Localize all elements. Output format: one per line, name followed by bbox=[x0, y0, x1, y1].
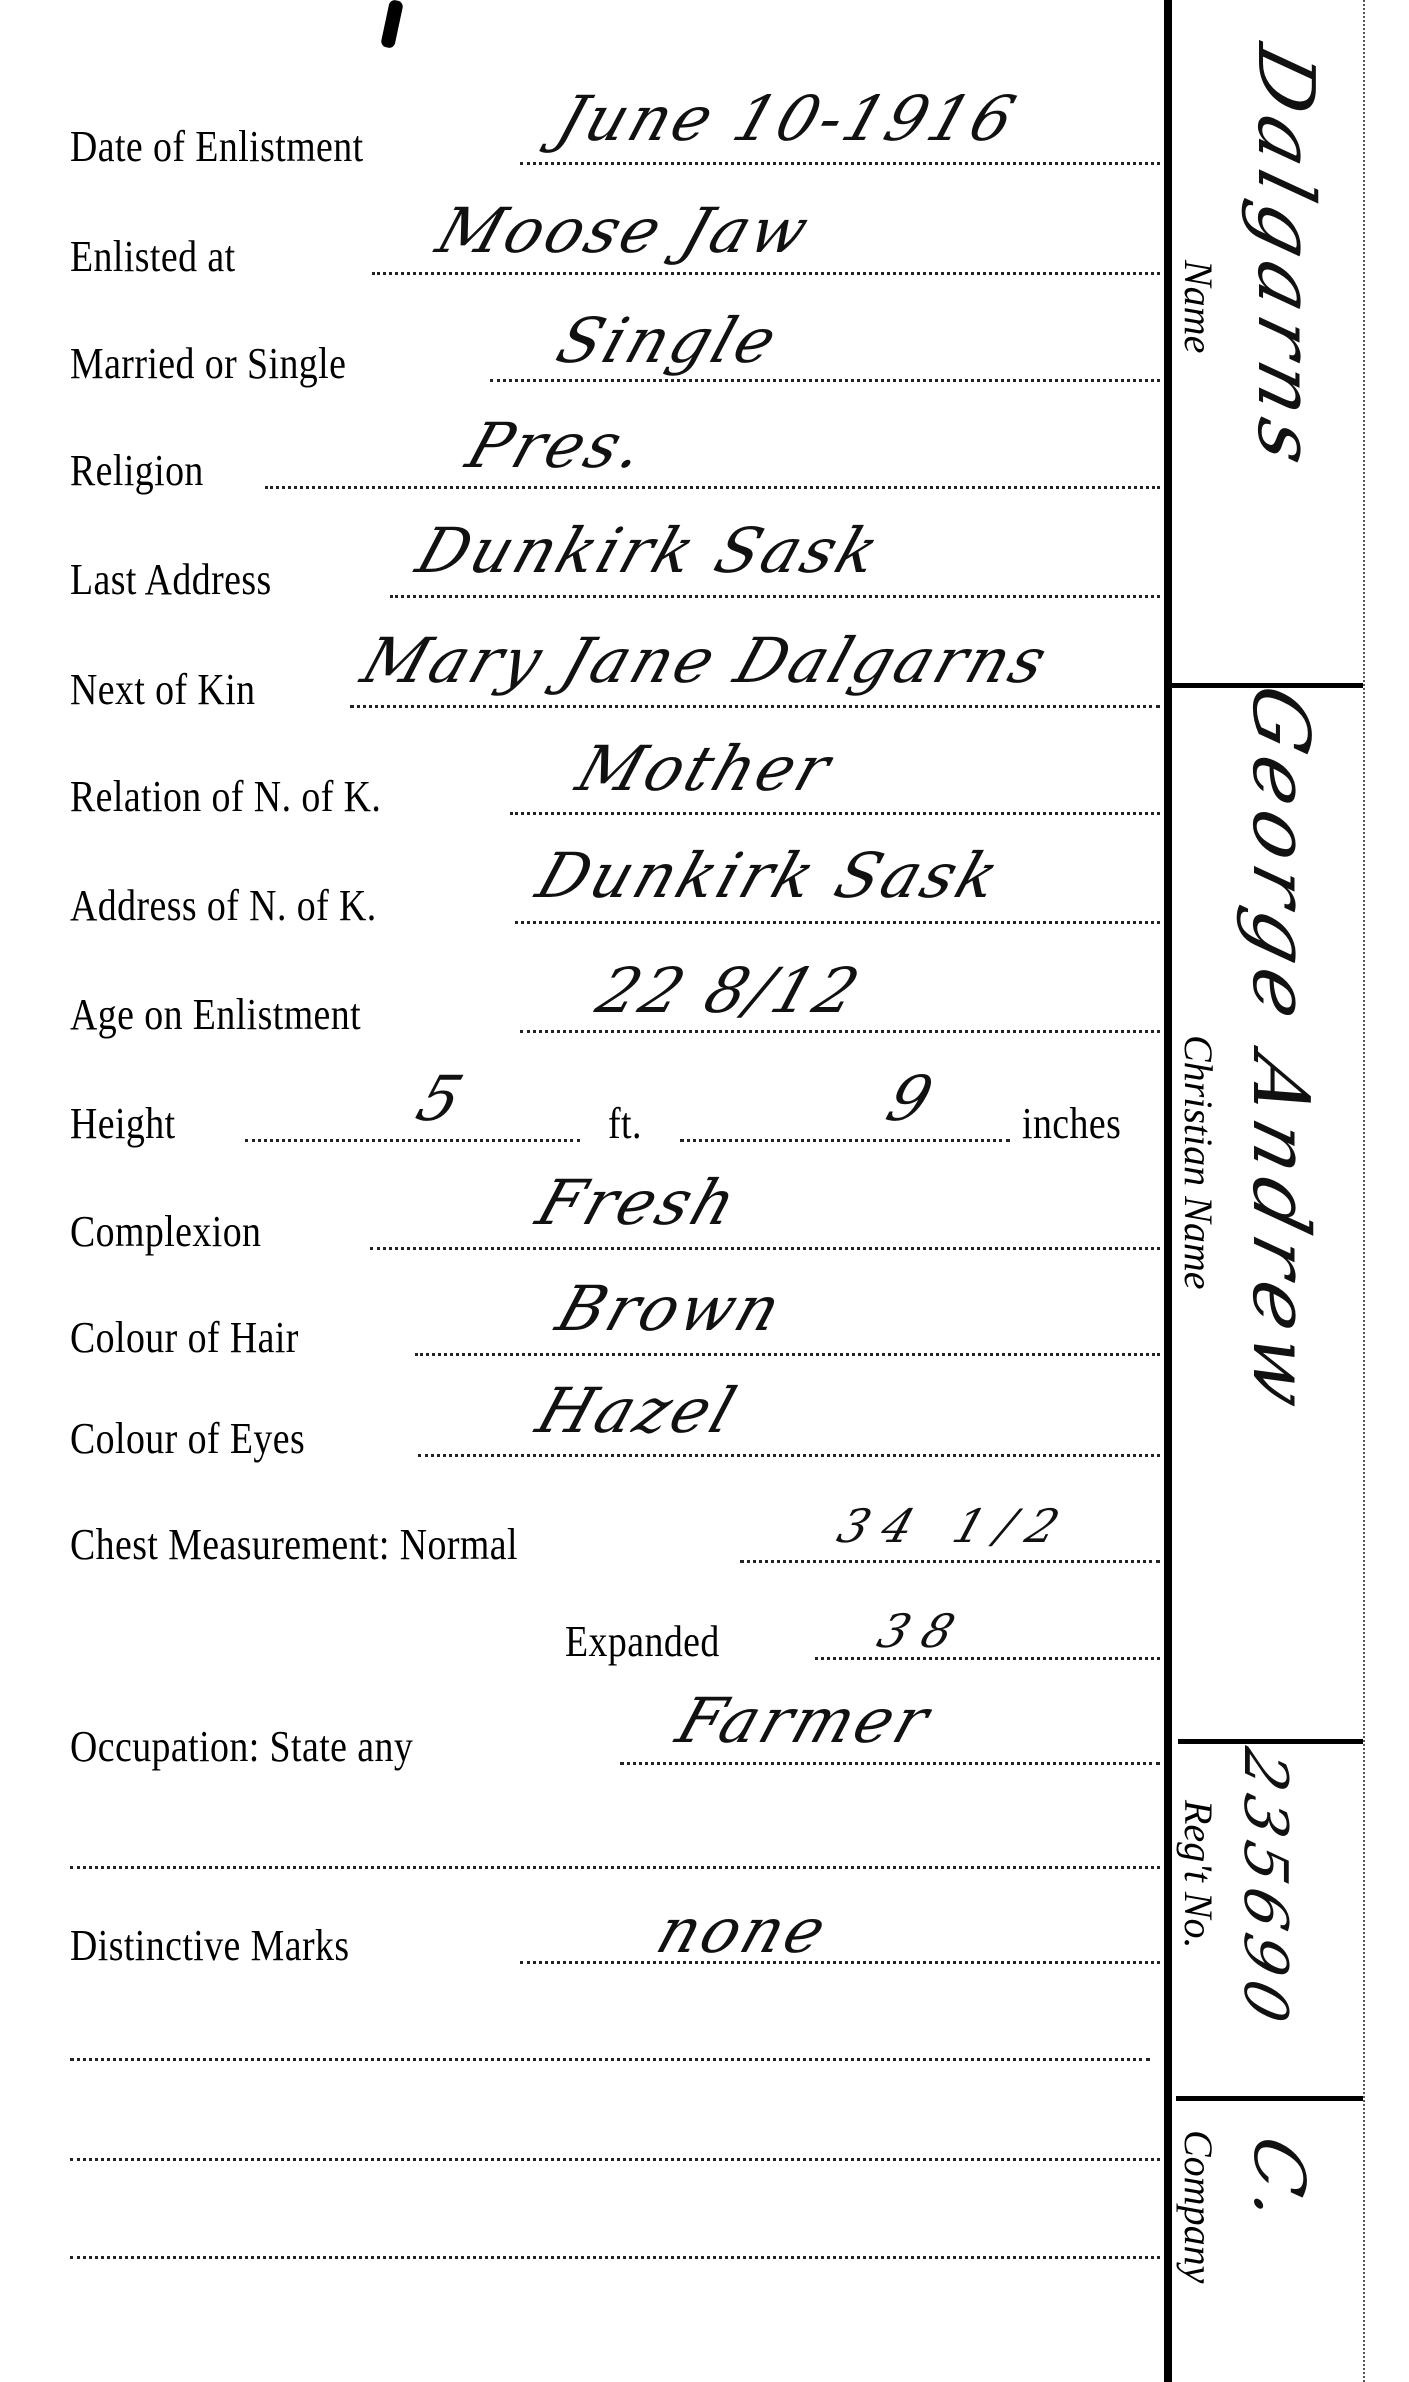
label-complexion: Complexion bbox=[70, 1210, 261, 1254]
label-age-on-enlistment: Age on Enlistment bbox=[70, 993, 361, 1037]
label-height: Height bbox=[70, 1102, 176, 1146]
feet-line bbox=[245, 1139, 580, 1142]
side-value-regt-no: 235690 bbox=[1230, 1741, 1300, 2037]
side-label-christian-name: Christian Name bbox=[1175, 1035, 1222, 1289]
label-ft: ft. bbox=[608, 1102, 642, 1146]
label-last-address: Last Address bbox=[70, 558, 272, 602]
value-next-of-kin: Mary Jane Dalgarns bbox=[355, 630, 1057, 692]
field-line bbox=[350, 705, 1160, 708]
inches-line bbox=[680, 1139, 1010, 1142]
label-chest-normal: Chest Measurement: Normal bbox=[70, 1523, 518, 1567]
blank-line bbox=[70, 1866, 1160, 1869]
card-edge bbox=[1363, 0, 1365, 2382]
field-line bbox=[520, 1961, 1160, 1964]
value-enlisted-at: Moose Jaw bbox=[430, 200, 818, 262]
value-religion: Pres. bbox=[460, 415, 655, 477]
label-colour-of-eyes: Colour of Eyes bbox=[70, 1417, 305, 1461]
label-address-of-next-of-kin: Address of N. of K. bbox=[70, 884, 377, 928]
field-line bbox=[815, 1657, 1160, 1660]
value-last-address: Dunkirk Sask bbox=[410, 520, 889, 582]
field-line bbox=[515, 921, 1160, 924]
value-distinctive-marks: none bbox=[650, 1900, 836, 1962]
field-line bbox=[390, 595, 1160, 598]
side-label-regt-no: Reg't No. bbox=[1175, 1800, 1222, 1949]
side-value-christian-name: George Andrew bbox=[1235, 676, 1325, 1424]
field-line bbox=[372, 272, 1160, 275]
label-enlisted-at: Enlisted at bbox=[70, 235, 236, 279]
value-complexion: Fresh bbox=[530, 1172, 746, 1234]
label-married-or-single: Married or Single bbox=[70, 342, 346, 386]
value-married-or-single: Single bbox=[550, 310, 787, 372]
blank-line bbox=[70, 2158, 1160, 2161]
value-relation-of-next-of-kin: Mother bbox=[570, 738, 840, 800]
field-line bbox=[490, 379, 1160, 382]
ink-mark bbox=[380, 0, 404, 49]
value-address-of-next-of-kin: Dunkirk Sask bbox=[530, 845, 1009, 907]
label-colour-of-hair: Colour of Hair bbox=[70, 1316, 299, 1360]
value-chest-expanded: 38 bbox=[870, 1600, 977, 1662]
label-date-of-enlistment: Date of Enlistment bbox=[70, 125, 364, 169]
field-line bbox=[620, 1762, 1160, 1765]
label-inches: inches bbox=[1022, 1102, 1121, 1146]
divider-regt-no bbox=[1176, 2096, 1363, 2101]
blank-line bbox=[70, 2058, 1150, 2061]
value-occupation: Farmer bbox=[670, 1690, 939, 1752]
label-occupation: Occupation: State any bbox=[70, 1725, 413, 1769]
label-religion: Religion bbox=[70, 449, 204, 493]
field-line bbox=[418, 1454, 1160, 1457]
side-label-name: Name bbox=[1175, 260, 1222, 353]
label-relation-of-next-of-kin: Relation of N. of K. bbox=[70, 775, 381, 819]
label-next-of-kin: Next of Kin bbox=[70, 668, 255, 712]
side-value-surname: Dalgarns bbox=[1240, 36, 1330, 482]
label-distinctive-marks: Distinctive Marks bbox=[70, 1924, 350, 1968]
value-colour-of-eyes: Hazel bbox=[530, 1380, 745, 1442]
label-chest-expanded: Expanded bbox=[565, 1620, 720, 1664]
field-line bbox=[520, 1030, 1160, 1033]
value-chest-normal: 34 1/2 bbox=[830, 1495, 1081, 1557]
vertical-rule bbox=[1164, 0, 1172, 2382]
divider-christian-name bbox=[1178, 1739, 1363, 1744]
field-line bbox=[415, 1353, 1160, 1356]
field-line bbox=[265, 486, 1160, 489]
value-colour-of-hair: Brown bbox=[550, 1278, 791, 1340]
side-value-company: C. bbox=[1238, 2128, 1320, 2239]
side-label-company: Company bbox=[1175, 2130, 1222, 2283]
value-height-feet: 5 bbox=[410, 1068, 473, 1130]
value-height-inches: 9 bbox=[880, 1068, 943, 1130]
blank-line bbox=[70, 2256, 1160, 2259]
field-line bbox=[510, 812, 1160, 815]
field-line bbox=[740, 1560, 1160, 1563]
field-line bbox=[520, 162, 1160, 165]
value-age-on-enlistment: 22 8/12 bbox=[590, 960, 869, 1022]
attestation-card: Date of Enlistment June 10-1916 Enlisted… bbox=[0, 0, 1409, 2382]
value-date-of-enlistment: June 10-1916 bbox=[550, 88, 1025, 150]
field-line bbox=[370, 1247, 1160, 1250]
